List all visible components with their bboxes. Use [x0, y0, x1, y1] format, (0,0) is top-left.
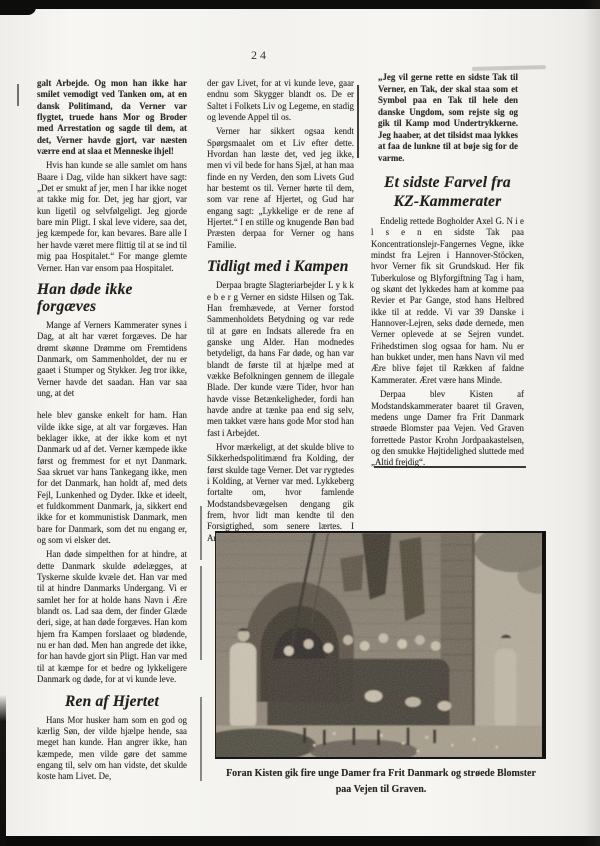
heading-line-1: Et sidste Farvel fra — [384, 174, 511, 191]
caption-line-2: paa Vejen til Graven. — [336, 784, 427, 795]
section-heading-et-sidste-farvel: Et sidste Farvel fra KZ-Kammerater — [371, 173, 524, 211]
paragraph: Hvor mærkeligt, at det skulde blive to S… — [207, 442, 354, 544]
scan-edge-top — [0, 0, 600, 9]
paragraph: Mange af Verners Kammerater synes i Dag,… — [37, 320, 187, 399]
column-rule-segment — [200, 566, 202, 660]
column-left: galt Arbejde. Og mon han ikke har smilet… — [37, 78, 187, 786]
paragraph: galt Arbejde. Og mon han ikke har smilet… — [37, 78, 187, 157]
funeral-photo — [215, 531, 546, 759]
section-end-rule — [374, 466, 526, 468]
scan-smudge — [472, 65, 546, 71]
paragraph: Derpaa blev Kisten af Modstandskammerate… — [371, 389, 524, 468]
paragraph: der gav Livet, for at vi kunde leve, gaa… — [207, 78, 354, 123]
section-heading-han-doede: Han døde ikke forgæves — [37, 281, 187, 315]
funeral-photo-image — [216, 533, 542, 757]
scan-shadow-right — [584, 0, 600, 846]
scan-edge-bottom — [0, 836, 600, 846]
paragraph: Endelig rettede Bogholder Axel G. N i e … — [371, 216, 524, 386]
quote-divider-rule — [357, 85, 359, 158]
column-right: „Jeg vil gerne rette en sidste Tak til V… — [371, 72, 524, 472]
scan-edge-left — [0, 694, 6, 846]
page-number: 24 — [225, 48, 295, 63]
scanned-newspaper-page: 24 galt Arbejde. Og mon han ikke har smi… — [0, 0, 600, 846]
caption-line-1: Foran Kisten gik fire unge Damer fra Fri… — [226, 768, 536, 779]
paragraph: hele blev ganske enkelt for ham. Han vil… — [37, 410, 187, 546]
section-heading-tidligt-med-i-kampen: Tidligt med i Kampen — [207, 258, 354, 275]
column-rule-segment — [200, 697, 202, 781]
scan-mark-left — [17, 84, 19, 106]
column-rule-segment — [200, 506, 202, 560]
section-heading-ren-af-hjertet: Ren af Hjertet — [37, 693, 187, 710]
photo-caption: Foran Kisten gik fire unge Damer fra Fri… — [212, 766, 550, 797]
scan-corner-blob — [0, 0, 36, 15]
pull-quote: „Jeg vil gerne rette en sidste Tak til V… — [378, 72, 518, 164]
paragraph: Hvis han kunde se alle samlet om hans Ba… — [37, 160, 187, 273]
paragraph: Derpaa bragte Slagteriarbejder L y k k e… — [207, 280, 354, 439]
heading-line-2: KZ-Kammerater — [394, 193, 502, 210]
column-middle: der gav Livet, for at vi kunde leve, gaa… — [207, 78, 354, 547]
paragraph: Verner har sikkert ogsaa kendt Spørgsmaa… — [207, 126, 354, 251]
paragraph: Han døde simpelthen for at hindre, at de… — [37, 549, 187, 685]
paragraph: Hans Mor husker ham som en god og kærlig… — [37, 715, 187, 783]
